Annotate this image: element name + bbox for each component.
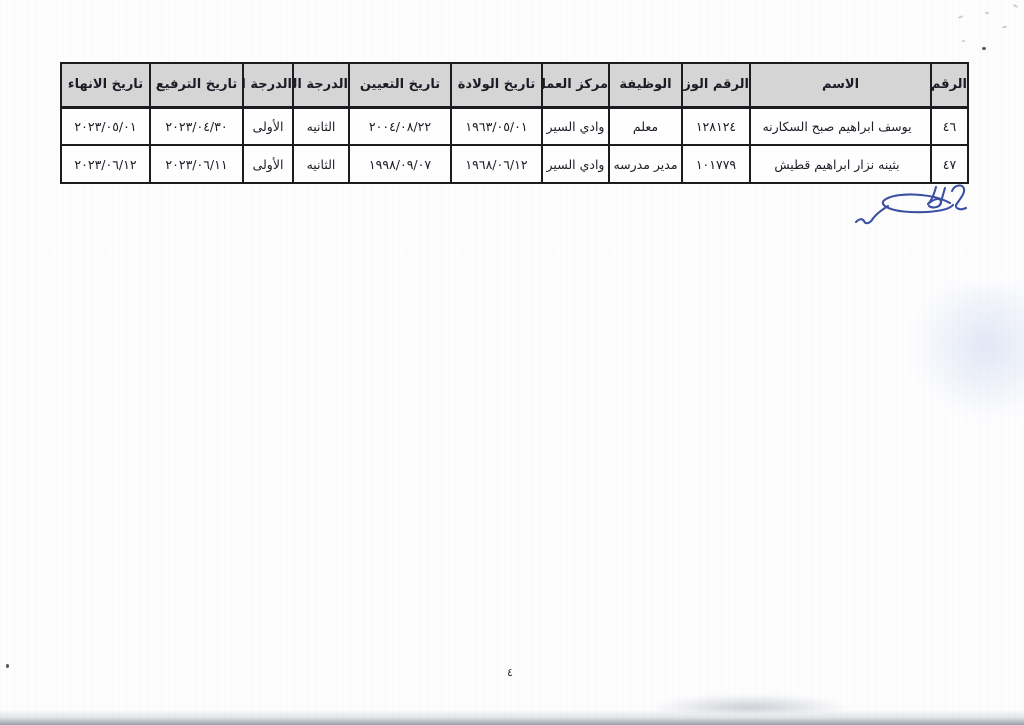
- table-row: ٤٧ بثينه نزار ابراهيم قطيش ١٠١٧٧٩ مدير م…: [61, 145, 968, 183]
- scan-blotch-artifact: [912, 285, 1024, 420]
- table-row: ٤٦ يوسف ابراهيم صبح السكارنه ١٢٨١٢٤ معلم…: [61, 107, 968, 145]
- scan-speck: [6, 664, 9, 668]
- cell-work-center: وادي السير: [542, 145, 609, 183]
- scan-speck: [1013, 4, 1018, 8]
- handwritten-signature-ink: [848, 180, 984, 244]
- col-header-hire-date: تاريخ التعيين: [349, 63, 451, 107]
- cell-raqm: ٤٧: [931, 145, 968, 183]
- cell-ministry-no: ١٠١٧٧٩: [682, 145, 750, 183]
- scan-speck: [958, 15, 963, 19]
- col-header-current-grade: الدرجة الحالية: [293, 63, 349, 107]
- scan-speck: [962, 40, 965, 42]
- col-header-promotion-date: تاريخ الترفيع: [150, 63, 243, 107]
- cell-hire-date: ٢٠٠٤/٠٨/٢٢: [349, 107, 451, 145]
- employee-records-table-wrap: الرقم الاسم الرقم الوزاري الوظيفة مركز ا…: [60, 62, 969, 184]
- scan-speck: [985, 11, 989, 14]
- scan-speck: [1002, 25, 1007, 28]
- col-header-raqm: الرقم: [931, 63, 968, 107]
- col-header-birth-date: تاريخ الولادة: [451, 63, 542, 107]
- col-header-ministry-no: الرقم الوزاري: [682, 63, 750, 107]
- cell-work-center: وادي السير: [542, 107, 609, 145]
- scanned-document-page: { "page": { "number_label": "٤" }, "tabl…: [0, 0, 1024, 725]
- col-header-work-center: مركز العمل: [542, 63, 609, 107]
- cell-job: معلم: [609, 107, 682, 145]
- page-number: ٤: [500, 666, 520, 679]
- col-header-end-date: تاريخ الانهاء: [61, 63, 150, 107]
- cell-promotion-date: ٢٠٢٣/٠٦/١١: [150, 145, 243, 183]
- col-header-job: الوظيفة: [609, 63, 682, 107]
- header-row: الرقم الاسم الرقم الوزاري الوظيفة مركز ا…: [61, 63, 968, 107]
- cell-due-grade: الأولى: [243, 145, 293, 183]
- cell-name: بثينه نزار ابراهيم قطيش: [750, 145, 931, 183]
- cell-end-date: ٢٠٢٣/٠٥/٠١: [61, 107, 150, 145]
- cell-current-grade: الثانيه: [293, 107, 349, 145]
- cell-raqm: ٤٦: [931, 107, 968, 145]
- scan-edge-band: [0, 710, 1024, 725]
- employee-records-table: الرقم الاسم الرقم الوزاري الوظيفة مركز ا…: [60, 62, 969, 184]
- cell-due-grade: الأولى: [243, 107, 293, 145]
- col-header-due-grade: الدرجة المستحقة: [243, 63, 293, 107]
- scan-speck: [982, 47, 986, 50]
- cell-job: مدير مدرسه: [609, 145, 682, 183]
- cell-promotion-date: ٢٠٢٣/٠٤/٣٠: [150, 107, 243, 145]
- col-header-name: الاسم: [750, 63, 931, 107]
- cell-end-date: ٢٠٢٣/٠٦/١٢: [61, 145, 150, 183]
- cell-ministry-no: ١٢٨١٢٤: [682, 107, 750, 145]
- cell-birth-date: ١٩٦٨/٠٦/١٢: [451, 145, 542, 183]
- cell-hire-date: ١٩٩٨/٠٩/٠٧: [349, 145, 451, 183]
- cell-current-grade: الثانيه: [293, 145, 349, 183]
- cell-name: يوسف ابراهيم صبح السكارنه: [750, 107, 931, 145]
- cell-birth-date: ١٩٦٣/٠٥/٠١: [451, 107, 542, 145]
